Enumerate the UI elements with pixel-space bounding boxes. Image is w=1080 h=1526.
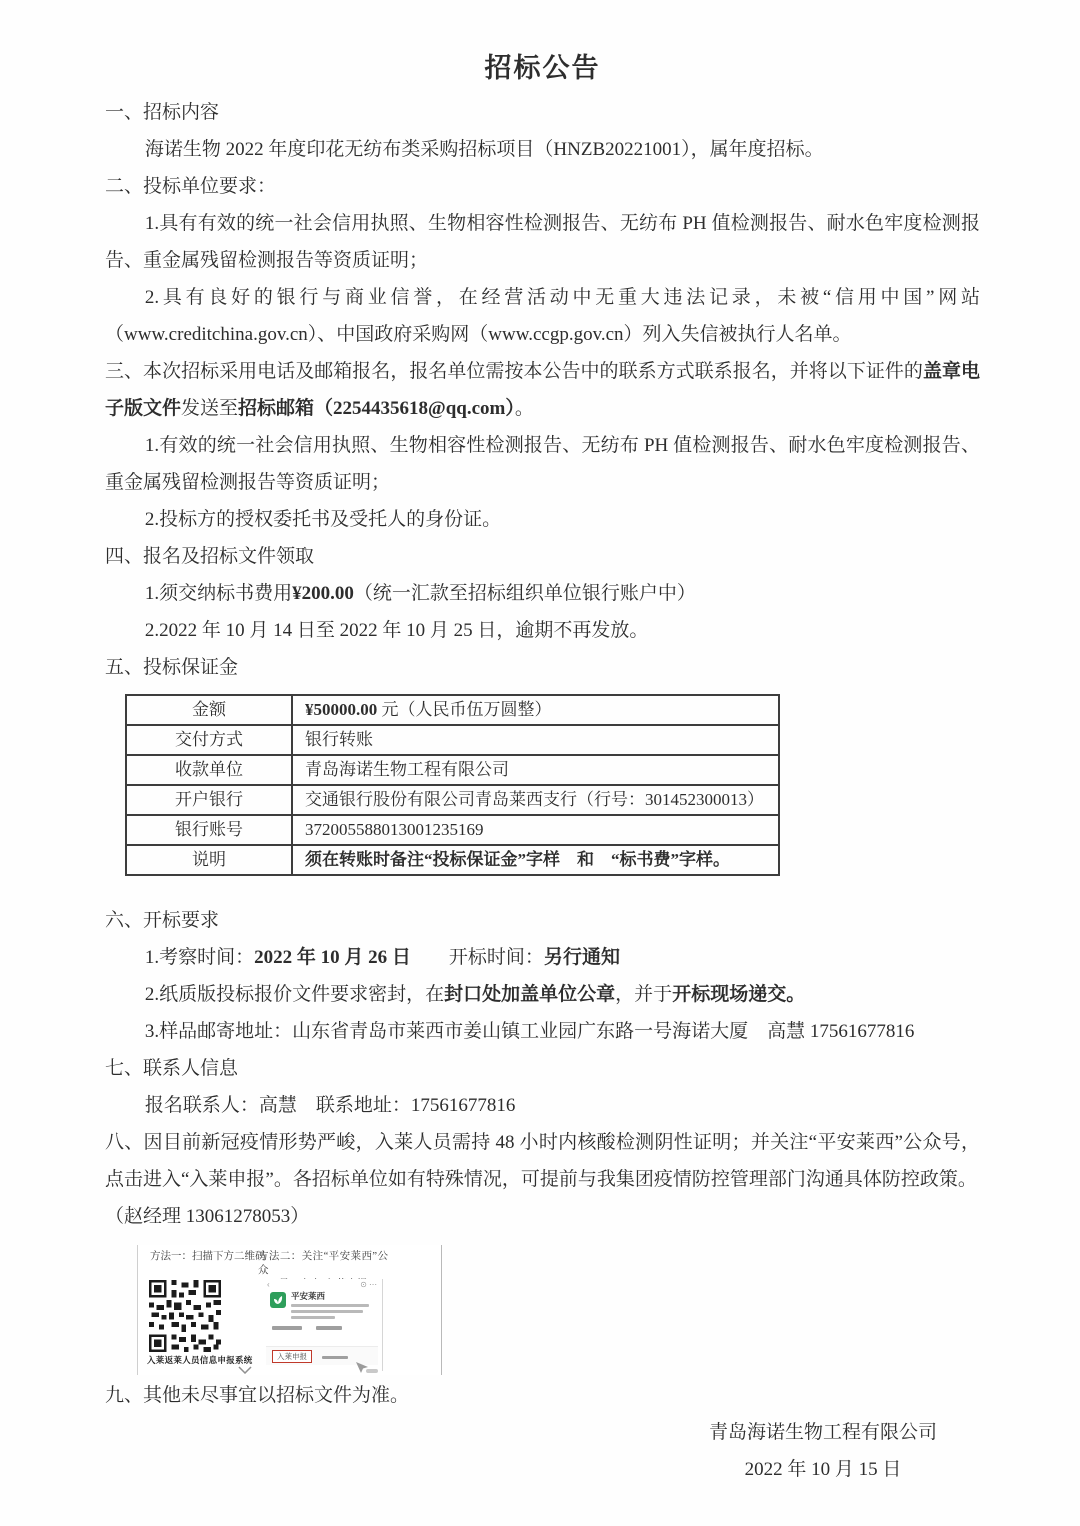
section-7-paragraph: 报名联系人：高慧 联系地址：17561677816 bbox=[105, 1087, 980, 1124]
section-8-paragraph: 八、因目前新冠疫情形势严峻，入莱人员需持 48 小时内核酸检测阴性证明；并关注“… bbox=[105, 1124, 980, 1198]
blurred-text-bar bbox=[291, 1310, 363, 1313]
table-row-account: 银行账号 372005588013001235169 bbox=[126, 815, 779, 845]
section-3-item-1: 1.有效的统一社会信用执照、生物相容性检测报告、无纺布 PH 值检测报告、耐水色… bbox=[105, 427, 980, 501]
text-run-bold: 另行通知 bbox=[544, 947, 620, 968]
wechat-profile-text: 平安莱西 bbox=[291, 1292, 369, 1319]
row-label: 金额 bbox=[126, 695, 292, 725]
text-run: 方法二：关注“平安莱西”公众 bbox=[258, 1251, 388, 1276]
section-7-heading: 七、联系人信息 bbox=[105, 1050, 980, 1087]
table-row-amount: 金额 ¥50000.00 元（人民币伍万圆整） bbox=[126, 695, 779, 725]
signature-company: 青岛海诺生物工程有限公司 bbox=[678, 1414, 968, 1451]
section-6-item-3: 3.样品邮寄地址：山东省青岛市莱西市姜山镇工业园广东路一号海诺大厦 高慧 175… bbox=[105, 1013, 980, 1050]
row-value: 青岛海诺生物工程有限公司 bbox=[292, 755, 779, 785]
blurred-text-bar bbox=[316, 1326, 342, 1330]
wechat-account-screenshot: ‹ ⊙ ⋯ 平安莱西 bbox=[262, 1279, 383, 1371]
section-8-contact: （赵经理 13061278053） bbox=[105, 1198, 980, 1235]
row-value: ¥50000.00 元（人民币伍万圆整） bbox=[292, 695, 779, 725]
chevron-down-icon bbox=[238, 1366, 252, 1374]
wechat-nav-bar: ‹ ⊙ ⋯ bbox=[262, 1279, 382, 1289]
document-page: 招标公告 一、招标内容 海诺生物 2022 年度印花无纺布类采购招标项目（HNZ… bbox=[0, 0, 1080, 1488]
row-value: 须在转账时备注“投标保证金”字样 和 “标书费”字样。 bbox=[292, 845, 779, 875]
wechat-account-name: 平安莱西 bbox=[291, 1292, 369, 1301]
section-2-item-1: 1.具有有效的统一社会信用执照、生物相容性检测报告、无纺布 PH 值检测报告、耐… bbox=[105, 205, 980, 279]
text-run-bold: 开标现场递交。 bbox=[672, 984, 805, 1005]
blurred-text-bar bbox=[291, 1304, 369, 1307]
blurred-text-bar bbox=[322, 1356, 348, 1359]
text-run-bold: 2022 年 10 月 26 日 bbox=[254, 947, 411, 968]
cursor-pointer-icon bbox=[354, 1361, 380, 1375]
section-6-item-1: 1.考察时间：2022 年 10 月 26 日 开标时间：另行通知 bbox=[105, 939, 980, 976]
text-run: 1.须交纳标书费用 bbox=[145, 583, 292, 604]
text-run-bold: ¥50000.00 bbox=[305, 700, 377, 719]
wechat-profile: 平安莱西 bbox=[262, 1289, 382, 1319]
text-run-bold: ¥200.00 bbox=[292, 583, 354, 604]
row-value: 银行转账 bbox=[292, 725, 779, 755]
declare-entry-button: 入莱申报 bbox=[272, 1350, 312, 1363]
table-row-note: 说明 须在转账时备注“投标保证金”字样 和 “标书费”字样。 bbox=[126, 845, 779, 875]
declaration-notice-figure: 方法一：扫描下方二维码 bbox=[137, 1245, 442, 1375]
section-3-item-2: 2.投标方的授权委托书及受托人的身份证。 bbox=[105, 501, 980, 538]
section-1-heading: 一、招标内容 bbox=[105, 94, 980, 131]
row-value: 372005588013001235169 bbox=[292, 815, 779, 845]
text-run-bold: 封口处加盖单位公章 bbox=[444, 984, 615, 1005]
row-label: 银行账号 bbox=[126, 815, 292, 845]
text-run-bold: 须在转账时备注“投标保证金”字样 和 “标书费”字样。 bbox=[305, 850, 730, 869]
qr-caption: 入莱返莱人员信息申报系统 bbox=[147, 1354, 253, 1366]
section-1-paragraph: 海诺生物 2022 年度印花无纺布类采购招标项目（HNZB20221001），属… bbox=[105, 131, 980, 168]
deposit-table: 金额 ¥50000.00 元（人民币伍万圆整） 交付方式 银行转账 收款单位 青… bbox=[125, 694, 780, 876]
back-icon: ‹ bbox=[267, 1280, 270, 1289]
section-6-heading: 六、开标要求 bbox=[105, 902, 980, 939]
table-row-payee: 收款单位 青岛海诺生物工程有限公司 bbox=[126, 755, 779, 785]
method-1-caption: 方法一：扫描下方二维码 bbox=[150, 1250, 266, 1263]
text-run: 发送至 bbox=[181, 398, 238, 419]
blurred-text-bar bbox=[272, 1326, 302, 1330]
section-9-paragraph: 九、其他未尽事宜以招标文件为准。 bbox=[105, 1377, 980, 1414]
blurred-text-bar bbox=[291, 1316, 335, 1319]
row-label: 开户银行 bbox=[126, 785, 292, 815]
table-row-payment: 交付方式 银行转账 bbox=[126, 725, 779, 755]
document-title: 招标公告 bbox=[105, 44, 980, 92]
text-run: 三、本次招标采用电话及邮箱报名，报名单位需按本公告中的联系方式联系报名，并将以下… bbox=[105, 361, 923, 382]
text-run: 开标时间： bbox=[411, 947, 544, 968]
section-6-item-2: 2.纸质版投标报价文件要求密封，在封口处加盖单位公章，并于开标现场递交。 bbox=[105, 976, 980, 1013]
section-2-item-2: 2.具有良好的银行与商业信誉，在经营活动中无重大违法记录，未被“信用中国”网站（… bbox=[105, 279, 980, 353]
text-run: ，并于 bbox=[615, 984, 672, 1005]
section-4-item-1: 1.须交纳标书费用¥200.00（统一汇款至招标组织单位银行账户中） bbox=[105, 575, 980, 612]
text-run-bold: 招标邮箱（2254435618@qq.com） bbox=[238, 398, 515, 419]
signature-date: 2022 年 10 月 15 日 bbox=[678, 1451, 968, 1488]
wechat-avatar-icon bbox=[270, 1292, 286, 1308]
section-4-heading: 四、报名及招标文件领取 bbox=[105, 538, 980, 575]
section-2-heading: 二、投标单位要求： bbox=[105, 168, 980, 205]
text-run: 2.纸质版投标报价文件要求密封，在 bbox=[145, 984, 444, 1005]
text-run: 元（人民币伍万圆整） bbox=[377, 700, 551, 719]
text-run: 1.考察时间： bbox=[145, 947, 254, 968]
qr-code bbox=[149, 1280, 221, 1352]
section-3-intro: 三、本次招标采用电话及邮箱报名，报名单位需按本公告中的联系方式联系报名，并将以下… bbox=[105, 353, 980, 427]
section-4-item-2: 2.2022 年 10 月 14 日至 2022 年 10 月 25 日，逾期不… bbox=[105, 612, 980, 649]
row-label: 说明 bbox=[126, 845, 292, 875]
text-run: （统一汇款至招标组织单位银行账户中） bbox=[354, 583, 696, 604]
wechat-action-links bbox=[262, 1319, 382, 1330]
row-value: 交通银行股份有限公司青岛莱西支行（行号：301452300013） bbox=[292, 785, 779, 815]
signature-block: 青岛海诺生物工程有限公司 2022 年 10 月 15 日 bbox=[678, 1414, 968, 1488]
text-run: 。 bbox=[515, 398, 534, 419]
row-label: 交付方式 bbox=[126, 725, 292, 755]
row-label: 收款单位 bbox=[126, 755, 292, 785]
section-5-heading: 五、投标保证金 bbox=[105, 649, 980, 686]
table-row-bank: 开户银行 交通银行股份有限公司青岛莱西支行（行号：301452300013） bbox=[126, 785, 779, 815]
more-icon: ⊙ ⋯ bbox=[360, 1280, 377, 1289]
